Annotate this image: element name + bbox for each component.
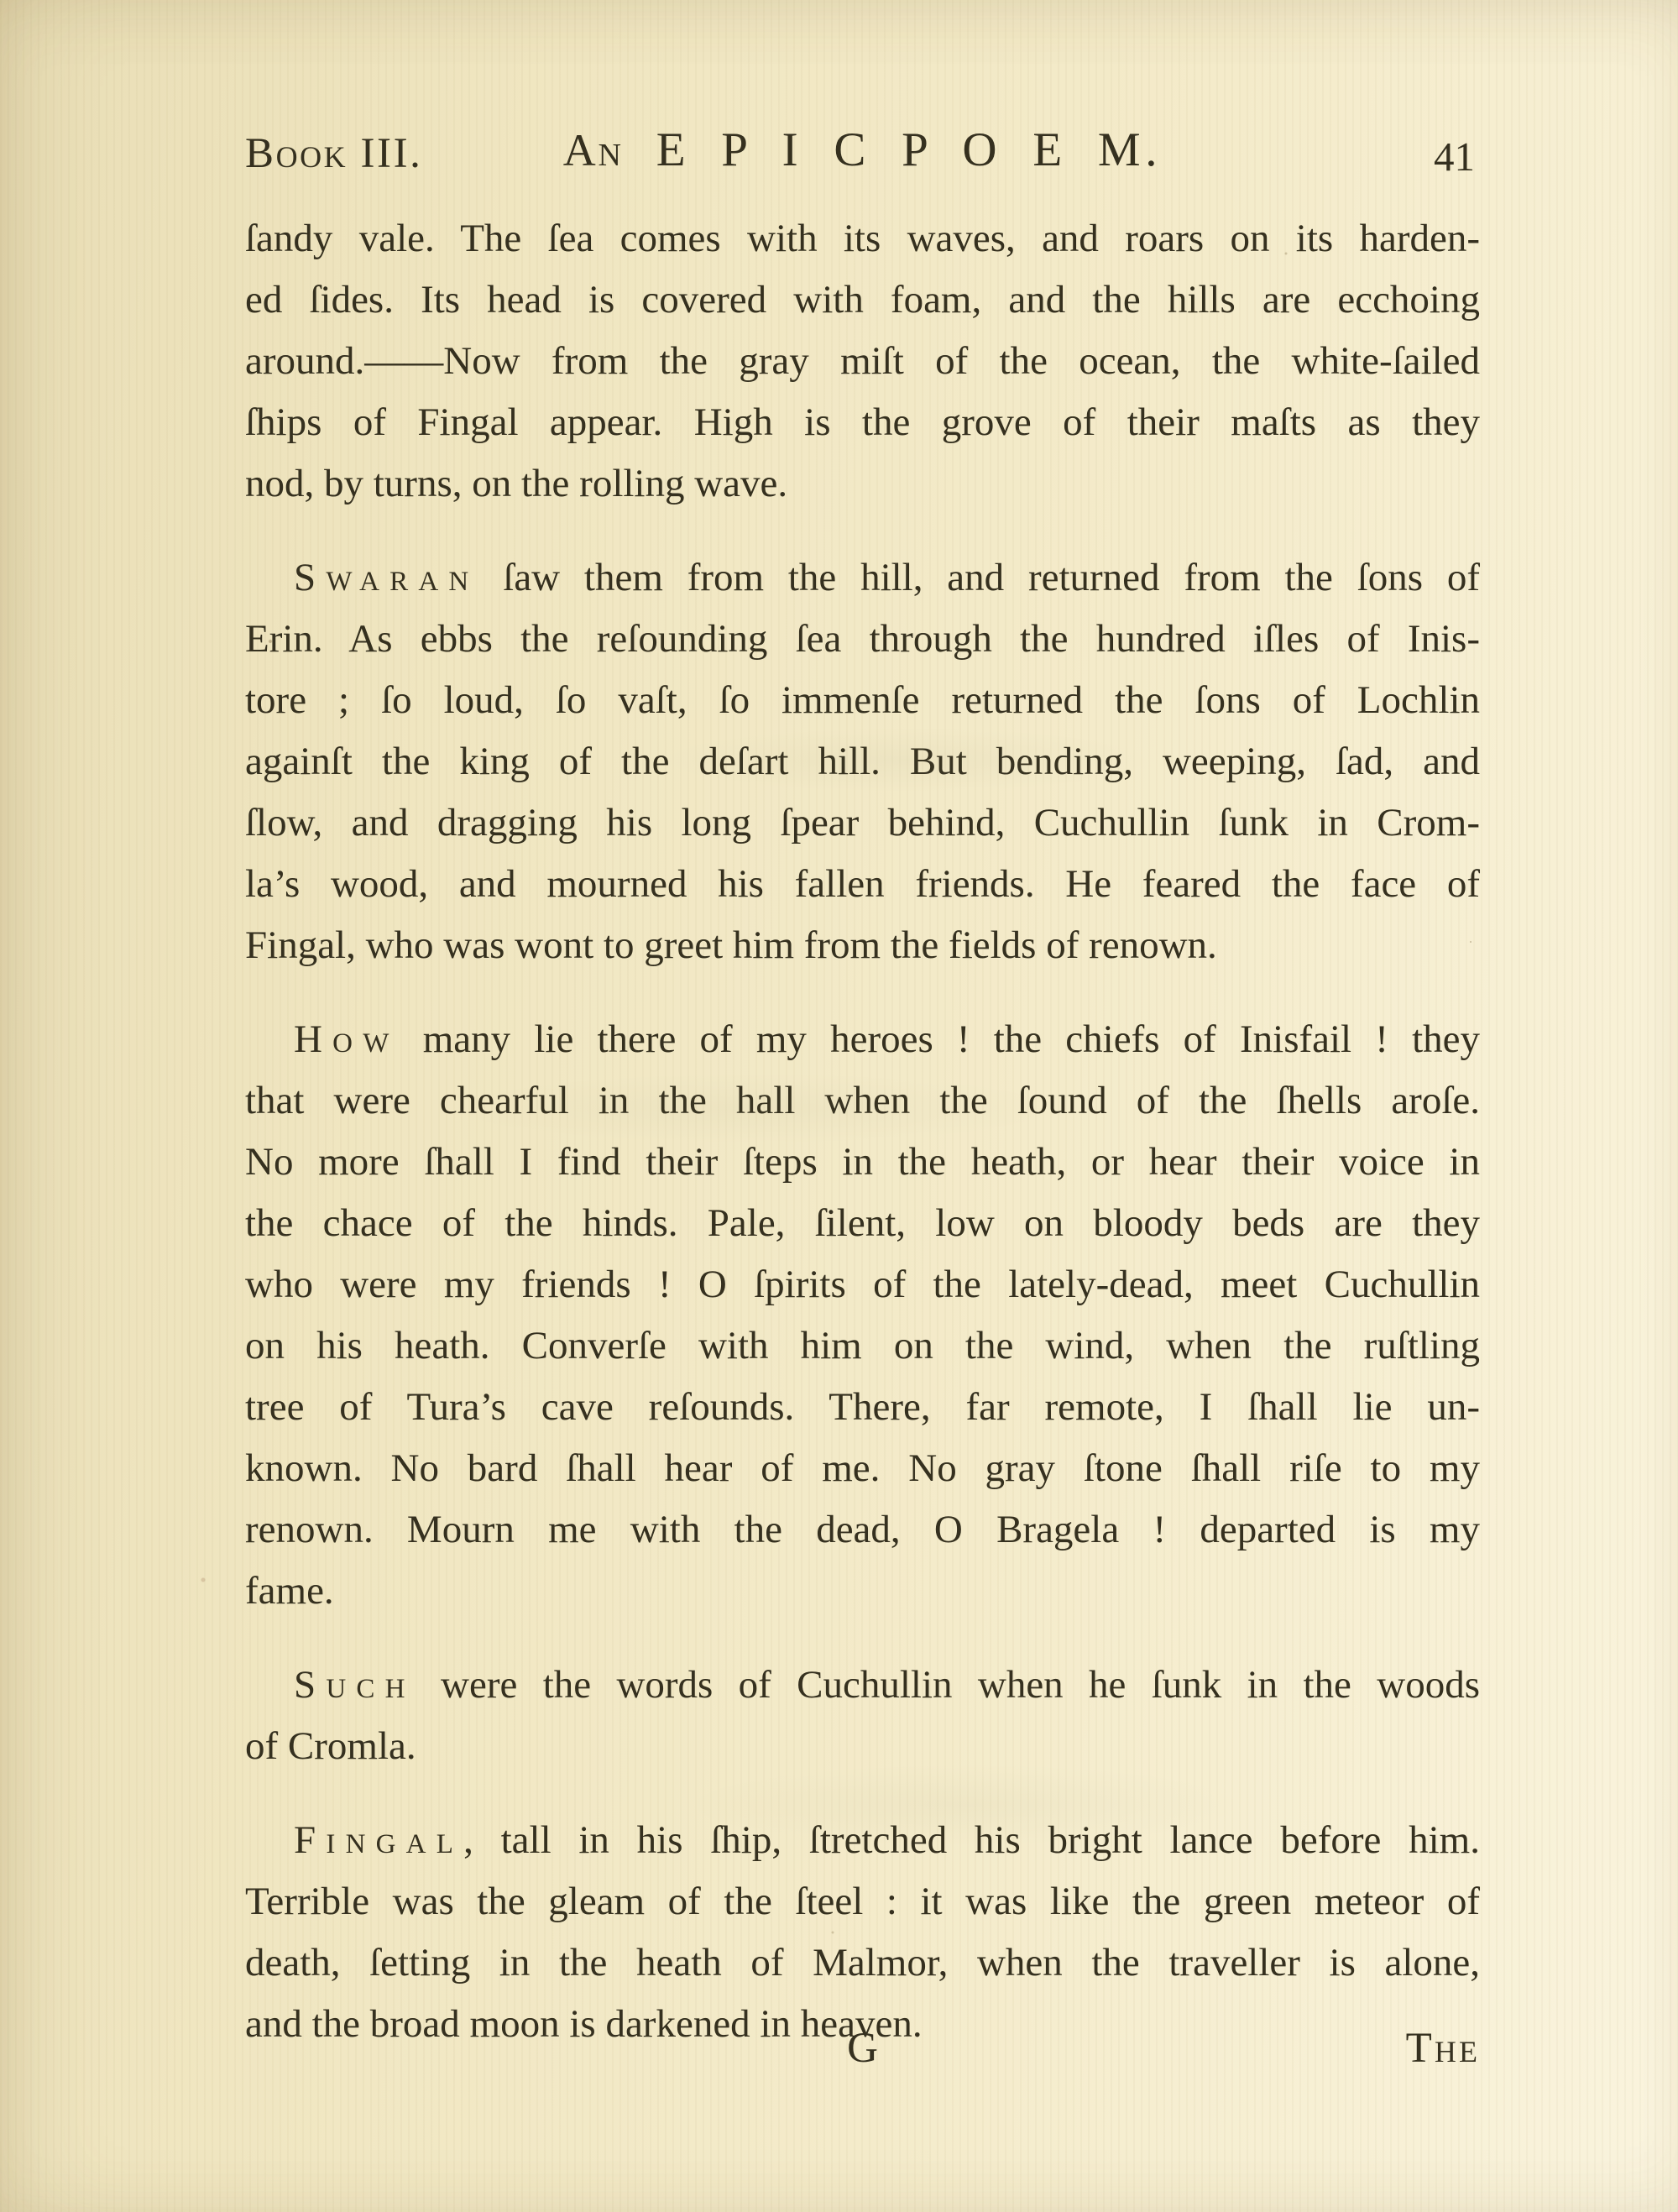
text-run: were the words of Cuchullin when he ſunk… [416,1663,1480,1707]
book-label: Book III. [245,129,422,178]
text-line: renown. Mourn me with the dead, O Bragel… [245,1499,1480,1561]
text-line: Terrible was the gleam of the ſteel : it… [245,1871,1480,1932]
text-run: ſaw them from the hill, and returned fro… [478,556,1480,599]
text-run: many lie there of my heroes ! the chiefs… [400,1017,1480,1061]
page-number: 41 [1434,133,1475,180]
text-run: , tall in his ſhip, ſtretched his bright… [463,1818,1480,1862]
running-title: An E P I C P O E M. [563,123,1163,177]
paragraph-lead-word: Fingal [294,1818,463,1862]
paragraph-lead-word: Swaran [294,556,478,599]
page-footer: G The [245,2016,1480,2092]
running-title-prefix: An [563,125,624,175]
paragraph: ſandy vale. The ſea comes with its waves… [245,208,1480,515]
text-line: Fingal, who was wont to greet him from t… [245,915,1480,976]
text-line: tree of Tura’s cave reſounds. There, far… [245,1377,1480,1438]
text-line: ed ſides. Its head is covered with foam,… [245,269,1480,331]
text-line: death, ſetting in the heath of Malmor, w… [245,1932,1480,1994]
catchword: The [1406,2016,1480,2080]
text-line: who were my friends ! O ſpirits of the l… [245,1254,1480,1315]
text-line: nod, by turns, on the rolling wave. [245,453,1480,515]
text-line: on his heath. Converſe with him on the w… [245,1315,1480,1377]
text-line: the chace of the hinds. Pale, ſilent, lo… [245,1193,1480,1254]
text-line: around.——Now from the gray miſt of the o… [245,331,1480,392]
paragraph: How many lie there of my heroes ! the ch… [245,1009,1480,1622]
text-line: Swaran ſaw them from the hill, and retur… [245,547,1480,609]
paragraph-lead-word: How [294,1017,400,1061]
text-line: of Cromla. [245,1716,1480,1777]
page-body: ſandy vale. The ſea comes with its waves… [245,208,1480,2055]
paragraph: Such were the words of Cuchullin when he… [245,1655,1480,1777]
page-header: Book III. An E P I C P O E M. 41 [245,123,1480,198]
text-line: known. No bard ſhall hear of me. No gray… [245,1438,1480,1499]
text-line: againſt the king of the deſart hill. But… [245,731,1480,792]
paragraph: Swaran ſaw them from the hill, and retur… [245,547,1480,976]
running-title-main: E P I C P O E M. [656,123,1163,176]
text-line: ſlow, and dragging his long ſpear behind… [245,792,1480,854]
text-line: No more ſhall I find their ſteps in the … [245,1132,1480,1193]
text-line: that were chearful in the hall when the … [245,1070,1480,1132]
signature-mark: G [847,2016,878,2080]
text-line: ſandy vale. The ſea comes with its waves… [245,208,1480,269]
text-line: Fingal, tall in his ſhip, ſtretched his … [245,1810,1480,1871]
text-line: ſhips of Fingal appear. High is the grov… [245,392,1480,453]
text-line: la’s wood, and mourned his fallen friend… [245,854,1480,915]
text-line: Such were the words of Cuchullin when he… [245,1655,1480,1716]
text-line: tore ; ſo loud, ſo vaſt, ſo immenſe retu… [245,670,1480,731]
text-line: How many lie there of my heroes ! the ch… [245,1009,1480,1070]
book-page: Book III. An E P I C P O E M. 41 ſandy v… [0,0,1678,2212]
text-line: fame. [245,1561,1480,1622]
paragraph-lead-word: Such [294,1663,416,1707]
text-line: Erin. As ebbs the reſounding ſea through… [245,609,1480,670]
